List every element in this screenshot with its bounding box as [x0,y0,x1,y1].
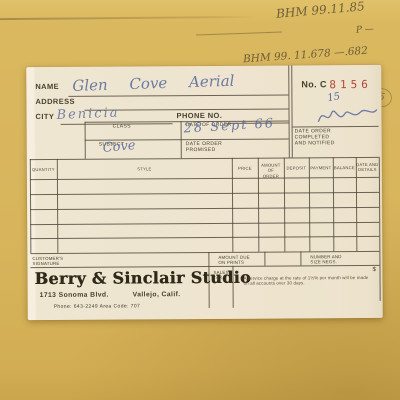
table-row-line [30,207,379,210]
order-no-stamp: 8156 [329,78,372,91]
footer-vline-amountdue [264,252,265,266]
studio-phone: Phone: 643-2249 Area Code: 707 [54,303,141,310]
envelope-crease [0,16,258,20]
col-header-amount-of-order: AMOUNT OF ORDER [258,163,284,179]
studio-street: 1713 Sonoma Blvd. [40,292,109,301]
col-header-style: STYLE [57,166,232,172]
col-header-balance: BALANCE [333,165,356,170]
table-top-line [30,157,379,160]
col-header-price: PRICE [232,166,258,171]
table-row-line [30,236,379,239]
col-header-quantity: QUANTITY [30,167,57,172]
date-promised-label: DATE ORDER PROMISED [186,141,222,153]
class-label: CLASS [113,123,131,129]
studio-city: Vallejo, Calif. [133,291,181,299]
address-label: ADDRESS [35,97,75,106]
col-header-deposit: DEPOSIT [284,165,309,170]
completed-box-top-line [293,126,379,128]
handwritten-name: Glen Cove Aerial [72,72,235,95]
no-box-divider-2 [291,65,293,157]
signature-scribble [314,101,378,127]
amount-due-label: AMOUNT DUE ON PRINTS [218,255,250,266]
customers-signature-label: CUSTOMER'S SIGNATURE [32,256,63,267]
col-header-payment: PAYMENT [309,165,333,170]
date-completed-label: DATE ORDER COMPLETED AND NOTIFIED [295,128,335,146]
number-size-negs-label: NUMBER AND SIZE NEGS. [310,254,341,265]
name-label: NAME [35,82,59,91]
dollar-sign: $ [372,267,376,274]
sales-tax-label: SALES TAX [213,270,228,281]
footer-vline-negs [300,251,301,265]
order-form-paper: NAME ADDRESS CITY PHONE NO. Glen Cove Ae… [26,65,383,320]
table-header-bottom-line [30,177,379,180]
pencil-stroke [196,31,282,35]
handwritten-subject: Cove [102,138,136,156]
handwritten-city: Benicia [56,105,120,123]
mid-box-center-line [181,121,182,158]
city-label: CITY [36,112,55,121]
footer-vline-left [208,252,209,308]
table-row-line [30,222,379,225]
order-no-label: No. C [301,79,327,90]
footer-vline-right [379,251,380,301]
table-row-line [30,192,379,195]
no-box-divider [288,65,290,157]
accession-number-annotation: BHM 99.11.85 [276,0,366,21]
scanned-envelope-background: BHM 99.11.85 P — BHM 99. 11.678 —.682 5 … [0,0,400,400]
accession-range-annotation: BHM 99. 11.678 —.682 [243,45,369,66]
col-header-date-details: DATE AND DETAILS [356,162,379,173]
mid-box-left-line [85,122,86,159]
page-mark-annotation: P — [356,24,375,35]
service-charge-note: A service charge at the rate of 1½% per … [244,275,380,287]
name-underline [68,94,288,96]
